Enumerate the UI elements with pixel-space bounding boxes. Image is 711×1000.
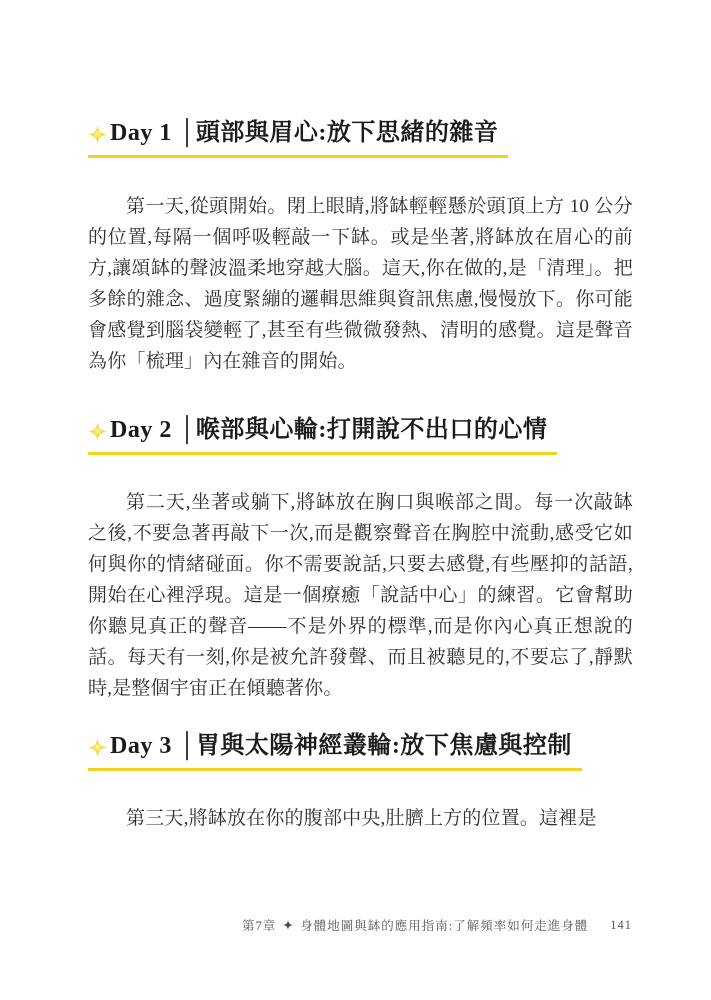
day2-heading-text: Day 2 │喉部與心輪:打開說不出口的心情 <box>110 415 547 445</box>
footer-chapter-label: 第7章 <box>242 916 276 934</box>
day3-heading-text: Day 3 │胃與太陽神經叢輪:放下焦慮與控制 <box>110 731 572 761</box>
day2-paragraph: 第二天,坐著或躺下,將缽放在胸口與喉部之間。每一次敲缽之後,不要急著再敲下一次,… <box>88 487 633 704</box>
sparkle-icon <box>88 421 107 442</box>
page-content: Day 1 │頭部與眉心:放下思緒的雜音 第一天,從頭開始。閉上眼睛,將缽輕輕懸… <box>88 118 633 834</box>
day2-heading-block: Day 2 │喉部與心輪:打開說不出口的心情 <box>88 415 633 455</box>
day1-paragraph: 第一天,從頭開始。閉上眼睛,將缽輕輕懸於頭頂上方 10 公分的位置,每隔一個呼吸… <box>88 191 633 377</box>
day3-paragraph: 第三天,將缽放在你的腹部中央,肚臍上方的位置。這裡是 <box>88 803 633 834</box>
day3-heading-block: Day 3 │胃與太陽神經叢輪:放下焦慮與控制 <box>88 731 633 771</box>
footer-chapter-title: 身體地圖與缽的應用指南:了解頻率如何走進身體 <box>300 916 588 934</box>
book-page: Day 1 │頭部與眉心:放下思緒的雜音 第一天,從頭開始。閉上眼睛,將缽輕輕懸… <box>0 0 711 1000</box>
day1-heading-text: Day 1 │頭部與眉心:放下思緒的雜音 <box>110 118 498 148</box>
sparkle-icon <box>283 920 293 930</box>
day3-heading: Day 3 │胃與太陽神經叢輪:放下焦慮與控制 <box>88 731 582 771</box>
sparkle-icon <box>88 737 107 758</box>
page-number: 141 <box>610 918 632 933</box>
day2-heading: Day 2 │喉部與心輪:打開說不出口的心情 <box>88 415 557 455</box>
day1-heading: Day 1 │頭部與眉心:放下思緒的雜音 <box>88 118 508 158</box>
sparkle-icon <box>88 124 107 145</box>
day1-heading-block: Day 1 │頭部與眉心:放下思緒的雜音 <box>88 118 633 158</box>
page-footer: 第7章 身體地圖與缽的應用指南:了解頻率如何走進身體 141 <box>242 916 632 934</box>
